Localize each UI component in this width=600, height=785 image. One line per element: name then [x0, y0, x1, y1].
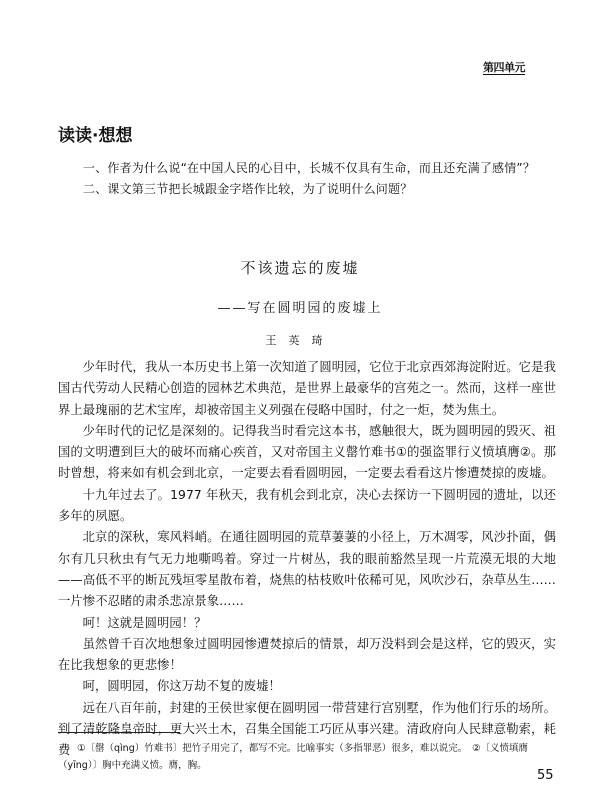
footnotes: ①〔罄（qìng）竹难书〕把竹子用完了，都写不完。比喻事实（多指罪恶）很多，难以…	[58, 740, 558, 774]
page-number: 55	[537, 768, 554, 783]
footnote-text: ①〔罄（qìng）竹难书〕把竹子用完了，都写不完。比喻事实（多指罪恶）很多，难以…	[58, 740, 558, 774]
article-title: 不该遗忘的废墟	[0, 257, 600, 278]
paragraph: 虽然曾千百次地想象过圆明园惨遭焚掠后的情景，却万没料到会是这样，它的毁灭，实在比…	[58, 634, 556, 677]
article-author: 王英琦	[0, 332, 600, 348]
paragraph: 呵，圆明园，你这万劫不复的废墟！	[58, 676, 556, 697]
question-1: 一、作者为什么说“在中国人民的心目中，长城不仅具有生命，而且还充满了感情”？	[83, 158, 535, 179]
article-subtitle: ——写在圆明园的废墟上	[0, 297, 600, 316]
article-body: 少年时代，我从一本历史书上第一次知道了圆明园，它位于北京西郊海淀附近。它是我国古…	[58, 357, 556, 762]
paragraph: 北京的深秋，寒风料峭。在通往圆明园的荒草萋萋的小径上，万木凋零，风沙扑面，偶尔有…	[58, 527, 556, 612]
paragraph: 少年时代的记忆是深刻的。记得我当时看完这本书，感触很大，既为圆明园的毁灭、祖国的…	[58, 421, 556, 485]
exercise-questions: 一、作者为什么说“在中国人民的心目中，长城不仅具有生命，而且还充满了感情”？ 二…	[83, 158, 535, 200]
question-2: 二、课文第三节把长城跟金字塔作比较，为了说明什么问题？	[83, 179, 535, 200]
footnote-divider	[58, 732, 180, 733]
unit-label: 第四单元	[483, 61, 525, 75]
paragraph: 呵！这就是圆明园！？	[58, 613, 556, 634]
exercise-title: 读读·想想	[58, 121, 132, 146]
paragraph: 十九年过去了。1977 年秋天，我有机会到北京，决心去探访一下圆明园的遗址，以还…	[58, 485, 556, 528]
paragraph: 少年时代，我从一本历史书上第一次知道了圆明园，它位于北京西郊海淀附近。它是我国古…	[58, 357, 556, 421]
